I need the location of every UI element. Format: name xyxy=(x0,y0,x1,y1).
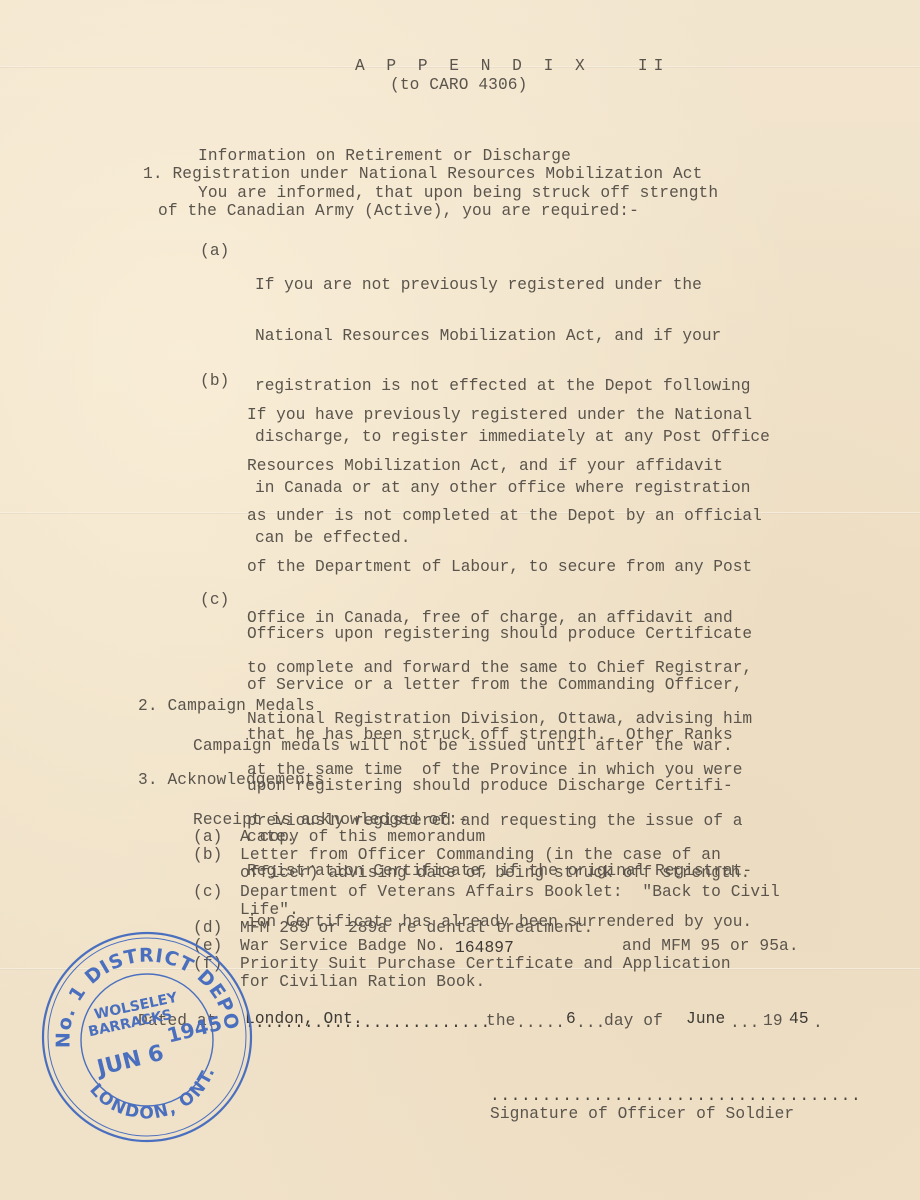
ack-text-f: Priority Suit Purchase Certificate and A… xyxy=(240,956,731,973)
appendix-title: A P P E N D I X II xyxy=(355,58,669,75)
ack-text-e: and MFM 95 or 95a. xyxy=(622,938,799,955)
section-3-intro: Receipt is acknowledged of:- xyxy=(193,812,468,829)
document-heading: Information on Retirement or Discharge xyxy=(198,148,571,165)
section-2-body: Campaign medals will not be issued until… xyxy=(193,738,733,755)
dated-day-dots: ..... xyxy=(516,1015,565,1032)
dated-month: June xyxy=(686,1011,725,1028)
section-1-line: You are informed, that upon being struck… xyxy=(198,185,718,202)
ack-text-f: for Civilian Ration Book. xyxy=(240,974,485,991)
ack-text-e: War Service Badge No. xyxy=(240,938,446,955)
section-1-title: 1. Registration under National Resources… xyxy=(143,166,702,183)
section-3-title: 3. Acknowledgements xyxy=(138,772,324,789)
section-2-title: 2. Campaign Medals xyxy=(138,698,315,715)
ack-text-c: Department of Veterans Affairs Booklet: … xyxy=(240,884,780,901)
ack-text-d: MFM 289 or 289a re dental treatment. xyxy=(240,920,593,937)
dated-day-dots: ... xyxy=(576,1015,605,1032)
section-1-line: of the Canadian Army (Active), you are r… xyxy=(158,203,639,220)
svg-text:JUN 6: JUN 6 xyxy=(93,1041,166,1082)
appendix-subtitle: (to CARO 4306) xyxy=(390,77,527,94)
svg-text:1945: 1945 xyxy=(164,1011,224,1048)
ack-text-b: officer) advising date of being struck o… xyxy=(240,865,750,882)
ack-label-c: (c) xyxy=(193,884,222,901)
item-label: (a) xyxy=(200,243,229,260)
dated-the: the xyxy=(486,1013,515,1030)
ack-text-a: A copy of this memorandum xyxy=(240,829,485,846)
depot-stamp: No. 1 DISTRICT DEPOT C.A. LONDON, ONT. W… xyxy=(38,928,256,1146)
ack-label-b: (b) xyxy=(193,847,222,864)
signature-label: Signature of Officer of Soldier xyxy=(490,1106,794,1123)
dated-year-prefix: 19 xyxy=(763,1013,783,1030)
dated-place-dots: ......................... xyxy=(245,1015,490,1032)
dated-day-of: day of xyxy=(604,1013,663,1030)
signature-line: .................................... xyxy=(490,1088,861,1105)
dated-year-suffix: 45 xyxy=(789,1011,809,1028)
dated-month-dots: ... xyxy=(730,1015,759,1032)
item-label: (b) xyxy=(200,373,229,390)
dated-day: 6 xyxy=(566,1011,576,1028)
ack-text-b: Letter from Officer Commanding (in the c… xyxy=(240,847,721,864)
circular-stamp-icon: No. 1 DISTRICT DEPOT C.A. LONDON, ONT. W… xyxy=(38,928,256,1146)
ack-label-a: (a) xyxy=(193,829,222,846)
ack-text-c: Life". xyxy=(240,902,299,919)
dated-end-dot: . xyxy=(813,1015,823,1032)
item-label: (c) xyxy=(200,592,229,609)
